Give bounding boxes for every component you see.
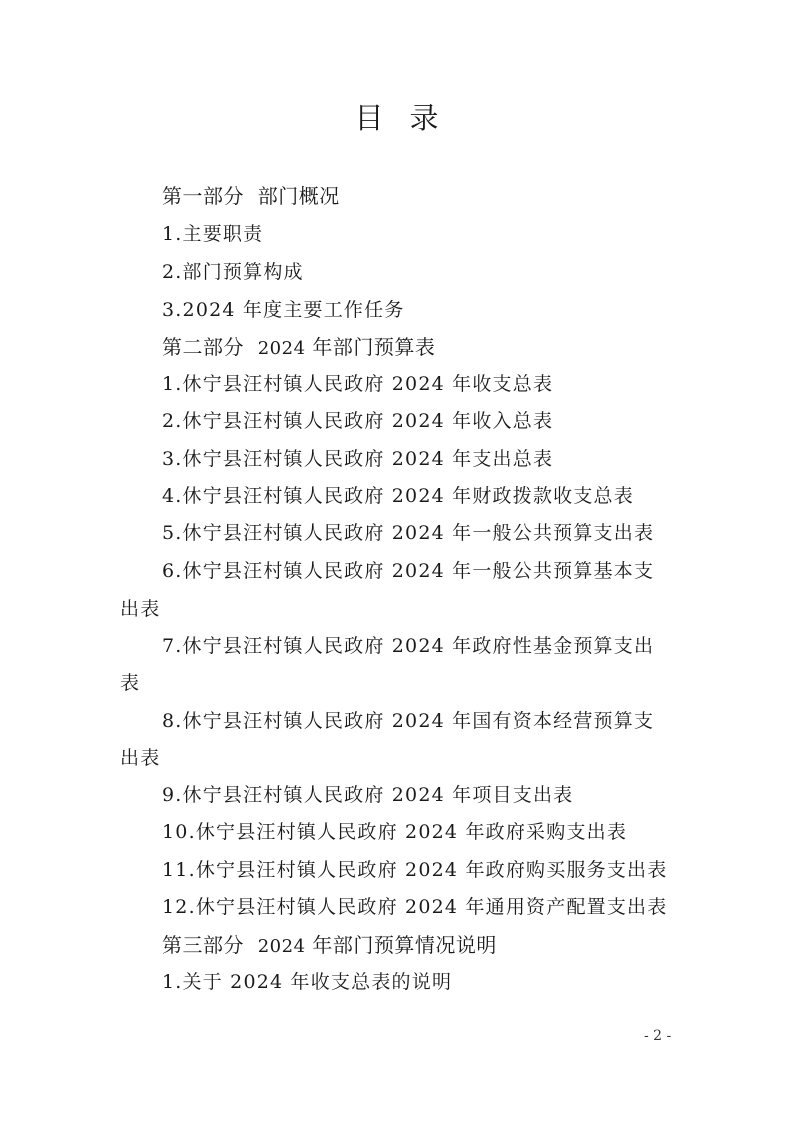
section-heading-2: 第二部分 2024 年部门预算表 (162, 331, 793, 360)
page-number: - 2 - (644, 1028, 671, 1044)
toc-item[interactable]: 2.部门预算构成 (162, 257, 793, 284)
toc-item[interactable]: 4.休宁县汪村镇人民政府 2024 年财政拨款收支总表 (162, 481, 793, 508)
heading-prefix: 第二部分 (162, 335, 244, 359)
toc-item[interactable]: 11.休宁县汪村镇人民政府 2024 年政府购买服务支出表 (162, 855, 793, 882)
toc-item-continuation[interactable]: 表 (120, 668, 793, 695)
heading-text: 部门概况 (258, 184, 340, 208)
toc-item[interactable]: 10.休宁县汪村镇人民政府 2024 年政府采购支出表 (162, 817, 793, 844)
toc-item[interactable]: 6.休宁县汪村镇人民政府 2024 年一般公共预算基本支 (162, 556, 793, 583)
toc-item[interactable]: 8.休宁县汪村镇人民政府 2024 年国有资本经营预算支 (162, 706, 793, 733)
heading-prefix: 第三部分 (162, 933, 244, 957)
toc-item[interactable]: 12.休宁县汪村镇人民政府 2024 年通用资产配置支出表 (162, 892, 793, 919)
section-heading-1: 第一部分 部门概况 (162, 180, 793, 209)
toc-item[interactable]: 1.休宁县汪村镇人民政府 2024 年收支总表 (162, 369, 793, 396)
toc-item[interactable]: 1.主要职责 (162, 219, 793, 246)
toc-item[interactable]: 3.休宁县汪村镇人民政府 2024 年支出总表 (162, 444, 793, 471)
toc-item[interactable]: 1.关于 2024 年收支总表的说明 (162, 967, 793, 994)
page-title: 目录 (0, 96, 793, 137)
toc-item[interactable]: 5.休宁县汪村镇人民政府 2024 年一般公共预算支出表 (162, 518, 793, 545)
heading-year: 2024 (258, 338, 306, 359)
heading-text: 年部门预算表 (312, 335, 435, 359)
toc-item-continuation[interactable]: 出表 (120, 743, 793, 770)
toc-item[interactable]: 7.休宁县汪村镇人民政府 2024 年政府性基金预算支出 (162, 631, 793, 658)
toc-item-continuation[interactable]: 出表 (120, 594, 793, 621)
toc-item[interactable]: 2.休宁县汪村镇人民政府 2024 年收入总表 (162, 406, 793, 433)
heading-prefix: 第一部分 (162, 184, 244, 208)
section-heading-3: 第三部分 2024 年部门预算情况说明 (162, 929, 793, 958)
heading-year: 2024 (258, 936, 306, 957)
heading-text: 年部门预算情况说明 (312, 933, 497, 957)
toc-item[interactable]: 9.休宁县汪村镇人民政府 2024 年项目支出表 (162, 780, 793, 807)
toc-item[interactable]: 3.2024 年度主要工作任务 (162, 295, 793, 322)
